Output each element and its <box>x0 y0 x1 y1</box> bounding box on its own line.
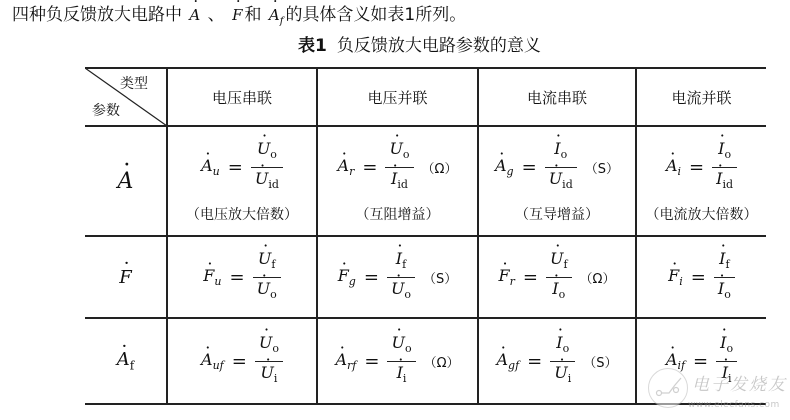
description: （互阻增益） <box>356 204 440 224</box>
table-number: 表1 <box>298 36 327 56</box>
column-header-voltage-series: 电压串联 <box>168 69 316 125</box>
cell-F-voltage-series: Fu = UfUo <box>168 237 316 317</box>
corner-label-param: 参数 <box>92 100 120 120</box>
symbol-Af: Af <box>269 3 284 34</box>
unit-label: （S） <box>423 268 457 287</box>
formula: Fi = IfIo <box>668 248 735 305</box>
table-title: 表1负反馈放大电路参数的意义 <box>298 34 541 58</box>
intro-and: 和 <box>244 5 261 25</box>
row-label-F: F <box>85 237 166 317</box>
intro-prefix: 四种负反馈放大电路中 <box>12 5 182 25</box>
formula: Ar = UoIid （Ω） <box>338 138 458 195</box>
unit-label: （S） <box>585 158 619 177</box>
intro-separator: 、 <box>208 5 225 25</box>
symbol-A: A <box>189 3 200 27</box>
cell-A-voltage-series: Au = UoUid （电压放大倍数） <box>168 127 316 235</box>
cell-Af-current-series: Agf = IoUi （S） <box>479 319 635 403</box>
unit-label: （Ω） <box>424 352 460 371</box>
symbol-F: F <box>232 3 242 27</box>
formula: Auf = UoUi <box>201 332 283 389</box>
formula: Ag = IoUid （S） <box>495 138 619 195</box>
cell-Af-voltage-shunt: Arf = UoIi （Ω） <box>318 319 477 403</box>
description: （电流放大倍数） <box>646 204 758 224</box>
cell-F-current-series: Fr = UfIo （Ω） <box>479 237 635 317</box>
table-caption: 负反馈放大电路参数的意义 <box>337 36 541 56</box>
cell-A-current-series: Ag = IoUid （S） （互导增益） <box>479 127 635 235</box>
cell-A-current-shunt: Ai = IoIid （电流放大倍数） <box>637 127 766 235</box>
cell-F-current-shunt: Fi = IfIo <box>637 237 766 317</box>
watermark: 电子发烧友 www.elecfans.com <box>648 366 788 418</box>
column-header-current-series: 电流串联 <box>479 69 635 125</box>
formula: Arf = UoIi （Ω） <box>335 332 459 389</box>
intro-sentence: 四种负反馈放大电路中 A 、 F和 Af的具体含义如表1所列。 <box>12 3 466 34</box>
cell-F-voltage-shunt: Fg = IfUo （S） <box>318 237 477 317</box>
watermark-url: www.elecfans.com <box>688 400 780 410</box>
intro-suffix: 的具体含义如表1所列。 <box>285 5 466 25</box>
formula: Ai = IoIid <box>666 138 737 195</box>
watermark-logo-icon <box>648 368 688 408</box>
row-label-A: A <box>85 127 166 235</box>
unit-label: （Ω） <box>580 268 616 287</box>
description: （互导增益） <box>515 204 599 224</box>
formula: Au = UoUid <box>201 138 283 195</box>
corner-label-type: 类型 <box>120 73 148 93</box>
cell-Af-voltage-series: Auf = UoUi <box>168 319 316 403</box>
watermark-brand: 电子发烧友 <box>692 370 787 395</box>
unit-label: （Ω） <box>422 158 458 177</box>
formula: Agf = IoUi （S） <box>496 332 617 389</box>
formula: Fr = UfIo （Ω） <box>499 248 616 305</box>
formula: Fu = UfUo <box>203 248 280 305</box>
cell-A-voltage-shunt: Ar = UoIid （Ω） （互阻增益） <box>318 127 477 235</box>
unit-label: （S） <box>583 352 617 371</box>
column-header-voltage-shunt: 电压并联 <box>318 69 477 125</box>
description: （电压放大倍数） <box>186 204 298 224</box>
row-label-Af: Af <box>85 319 166 403</box>
column-header-current-shunt: 电流并联 <box>637 69 766 125</box>
formula: Fg = IfUo （S） <box>338 248 458 305</box>
